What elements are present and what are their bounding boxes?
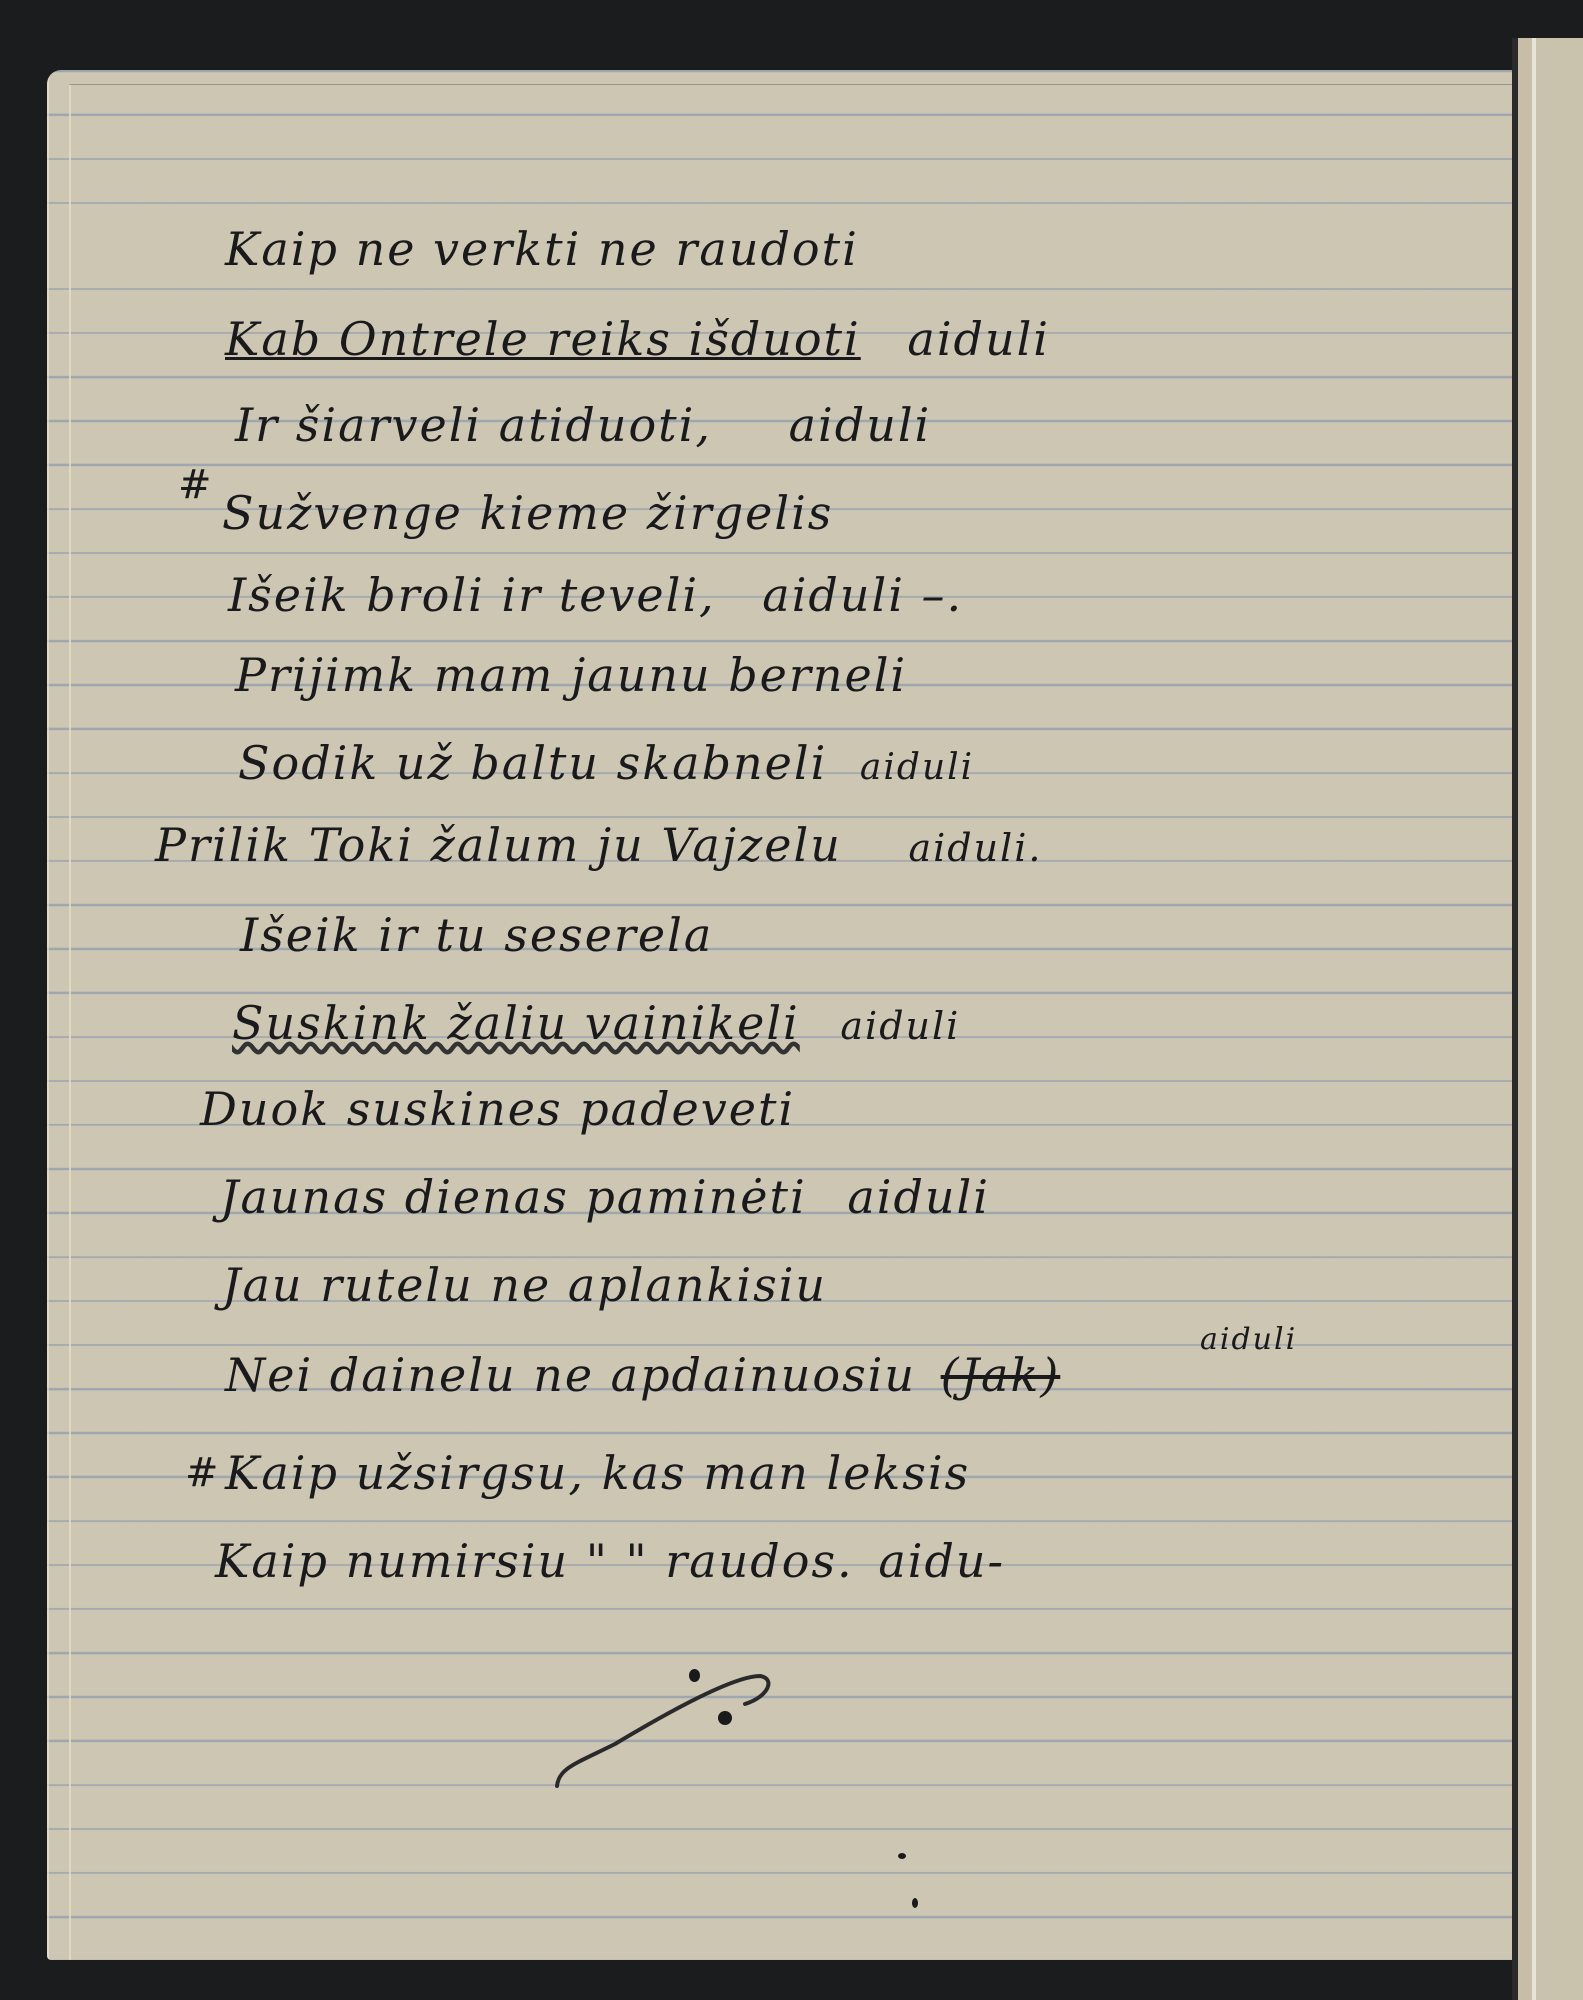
notebook-page-stack: [1518, 38, 1532, 2000]
verse-line-1: Kaip ne verkti ne raudoti: [225, 222, 859, 276]
verse-text: Nei dainelu ne apdainuosiu: [225, 1348, 916, 1402]
verse-line-5: Išeik broli ir teveli, aiduli –.: [228, 568, 963, 622]
verse-text: Kab Ontrele reiks išduoti: [225, 312, 861, 366]
verse-line-4: Sužvenge kieme žirgelis: [222, 486, 833, 540]
verse-line-14: Nei dainelu ne apdainuosiu (Jak): [225, 1348, 1060, 1402]
stanza-mark: #: [178, 462, 214, 508]
verse-line-2: Kab Ontrele reiks išduoti aiduli: [225, 312, 1050, 366]
struck-bracket-text: (Jak): [941, 1348, 1061, 1402]
verse-text: Suskink žaliu vainikeli: [232, 996, 800, 1050]
refrain-text: aiduli.: [908, 826, 1042, 870]
end-flourish-icon: [555, 1668, 785, 1798]
stanza-mark: #: [185, 1450, 221, 1496]
verse-line-16: Kaip numirsiu " " raudos. aidu-: [215, 1534, 1005, 1588]
page-fold-horizontal: [69, 84, 1512, 85]
refrain-text: aiduli: [789, 398, 932, 452]
refrain-text: aiduli: [860, 747, 974, 788]
verse-text: Kaip užsirgsu, kas man leksis: [225, 1446, 970, 1500]
verse-line-3: Ir šiarveli atiduoti, aiduli: [235, 398, 931, 452]
verse-line-13: Jau rutelu ne aplankisiu: [222, 1258, 827, 1312]
verse-line-12: Jaunas dienas paminėti aiduli: [220, 1170, 990, 1224]
verse-text: Išeik broli ir teveli,: [228, 568, 716, 622]
refrain-text: aiduli: [847, 1170, 990, 1224]
refrain-text: aiduli –.: [762, 568, 963, 622]
page-fold-vertical: [69, 84, 71, 1960]
verse-text: Jaunas dienas paminėti: [220, 1170, 807, 1224]
verse-text: Jau rutelu ne aplankisiu: [222, 1258, 827, 1312]
verse-line-6: Prijimk mam jaunu berneli: [235, 648, 907, 702]
verse-text: Kaip numirsiu " " raudos.: [215, 1534, 854, 1588]
verse-text: Sužvenge kieme žirgelis: [222, 486, 833, 540]
verse-line-15: Kaip užsirgsu, kas man leksis: [225, 1446, 970, 1500]
insertion-above-line: aiduli: [1200, 1322, 1297, 1357]
verse-text: Prilik Toki žalum ju Vajzelu: [155, 818, 842, 872]
verse-text: Kaip ne verkti ne raudoti: [225, 222, 859, 276]
ink-speck: [898, 1853, 906, 1859]
ink-speck: [912, 1898, 918, 1908]
refrain-text: aiduli: [840, 1004, 960, 1048]
verse-line-11: Duok suskines padeveti: [200, 1082, 795, 1136]
verse-line-10: Suskink žaliu vainikeli aiduli: [232, 996, 960, 1050]
verse-line-9: Išeik ir tu seserela: [240, 908, 713, 962]
ink-dot: [689, 1669, 700, 1682]
ink-dot: [718, 1711, 732, 1725]
verse-line-7: Sodik už baltu skabneli aiduli: [238, 736, 974, 790]
refrain-text: aiduli: [907, 312, 1050, 366]
verse-line-8: Prilik Toki žalum ju Vajzelu aiduli.: [155, 818, 1042, 872]
notebook-next-page: [1536, 38, 1583, 2000]
verse-text: Išeik ir tu seserela: [240, 908, 713, 962]
verse-text: Duok suskines padeveti: [200, 1082, 795, 1136]
verse-text: Prijimk mam jaunu berneli: [235, 648, 907, 702]
refrain-text: aidu-: [878, 1534, 1005, 1588]
verse-text: Sodik už baltu skabneli: [238, 736, 827, 790]
verse-text: Ir šiarveli atiduoti,: [235, 398, 712, 452]
